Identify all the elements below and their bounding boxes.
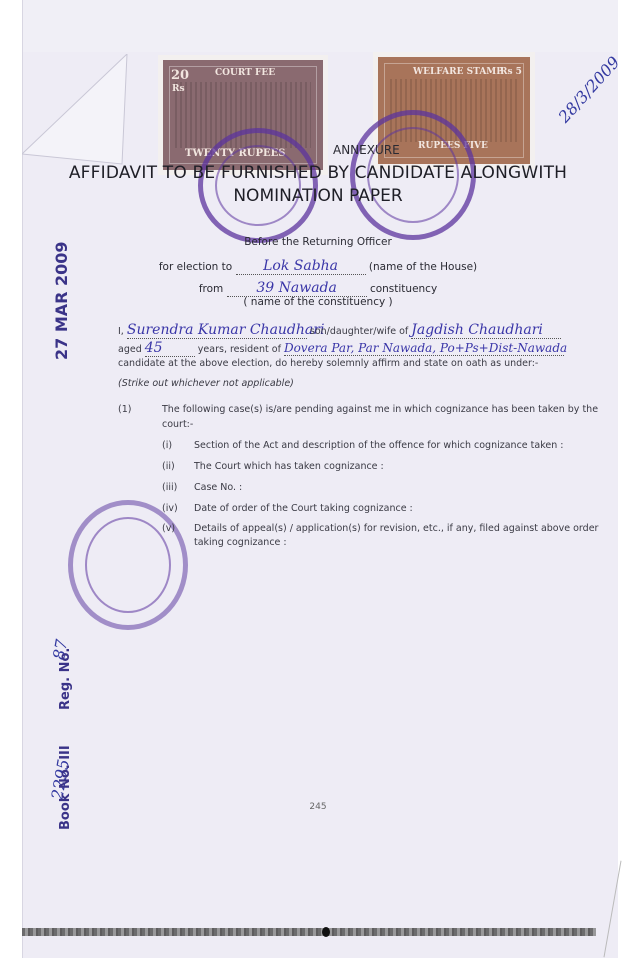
strike-note: (Strike out whichever not applicable) [118,378,294,389]
item-text: Date of order of the Court taking cogniz… [194,503,413,514]
declarant-prefix: I, [118,326,124,337]
before-returning-officer: Before the Returning Officer [0,236,636,248]
house-value: Lok Sabha [263,258,338,274]
parent-name: Jagdish Chaudhari [411,322,543,338]
oath-text: candidate at the above election, do here… [118,358,538,369]
item-text: Section of the Act and description of th… [194,440,563,451]
date-received-stamp: 27 MAR 2009 [52,241,71,360]
age-address-line: aged 45 years, resident of Dovera Par, P… [118,340,564,357]
constituency-suffix: constituency [370,283,437,295]
age-value: 45 [145,340,163,356]
page-number: 245 [0,802,636,812]
section-text: The following case(s) is/are pending aga… [162,404,598,415]
notary-seal [68,500,188,630]
item-number: (iii) [162,482,177,493]
item-text: Details of appeal(s) / application(s) fo… [194,523,598,534]
item-text: The Court which has taken cognizance : [194,461,384,472]
constituency-caption: ( name of the constituency ) [0,296,636,308]
binding-hole [322,927,330,937]
item-text-cont: taking cognizance : [194,537,287,548]
declarant-line: I, Surendra Kumar Chaudhari son/daughter… [118,322,561,339]
resident-text: years, resident of [198,344,281,355]
declarant-name-field: Surendra Kumar Chaudhari [127,322,307,339]
section-number: (1) [118,404,131,415]
item-number: (ii) [162,461,175,472]
constituency-line: from 39 Nawada constituency [0,280,636,297]
aged-prefix: aged [118,344,142,355]
election-prefix: for election to [159,261,232,273]
declarant-name: Surendra Kumar Chaudhari [127,322,325,338]
section-text-cont: court:- [162,419,193,430]
seal-ring [85,517,171,613]
house-field: Lok Sabha [236,258,366,275]
annexure-label: ANNEXURE [333,143,400,157]
document-title: AFFIDAVIT TO BE FURNISHED BY CANDIDATE A… [0,163,636,183]
address-value: Dovera Par, Par Nawada, Po+Ps+Dist-Nawad… [284,341,567,355]
item-number: (i) [162,440,172,451]
document-title-line2: NOMINATION PAPER [0,186,636,206]
stamp-label: COURT FEE [215,68,275,78]
page-top-shade [23,0,619,52]
constituency-value: 39 Nawada [256,280,337,296]
item-number: (v) [162,523,175,534]
age-field: 45 [145,340,195,357]
constituency-prefix: from [199,283,223,295]
address-field: Dovera Par, Par Nawada, Po+Ps+Dist-Nawad… [284,341,564,356]
election-line: for election to Lok Sabha (name of the H… [0,258,636,275]
stamp-currency: Rs [172,84,185,94]
item-number: (iv) [162,503,178,514]
item-text: Case No. : [194,482,242,493]
constituency-field: 39 Nawada [227,280,367,297]
relation-text: son/daughter/wife of [310,326,408,337]
house-suffix: (name of the House) [369,261,477,273]
folded-corner [22,54,132,174]
stamp-denomination: Rs 5 [500,67,522,77]
scan-shadow-band [22,928,596,936]
parent-name-field: Jagdish Chaudhari [411,322,561,339]
reg-number-stamp: Reg. No. [58,648,73,710]
book-number-stamp: Book No. III [58,745,73,830]
scan-margin-right [618,0,636,958]
stamp-denomination: 20 [171,68,189,83]
stamp-label: WELFARE STAMP [413,67,503,77]
